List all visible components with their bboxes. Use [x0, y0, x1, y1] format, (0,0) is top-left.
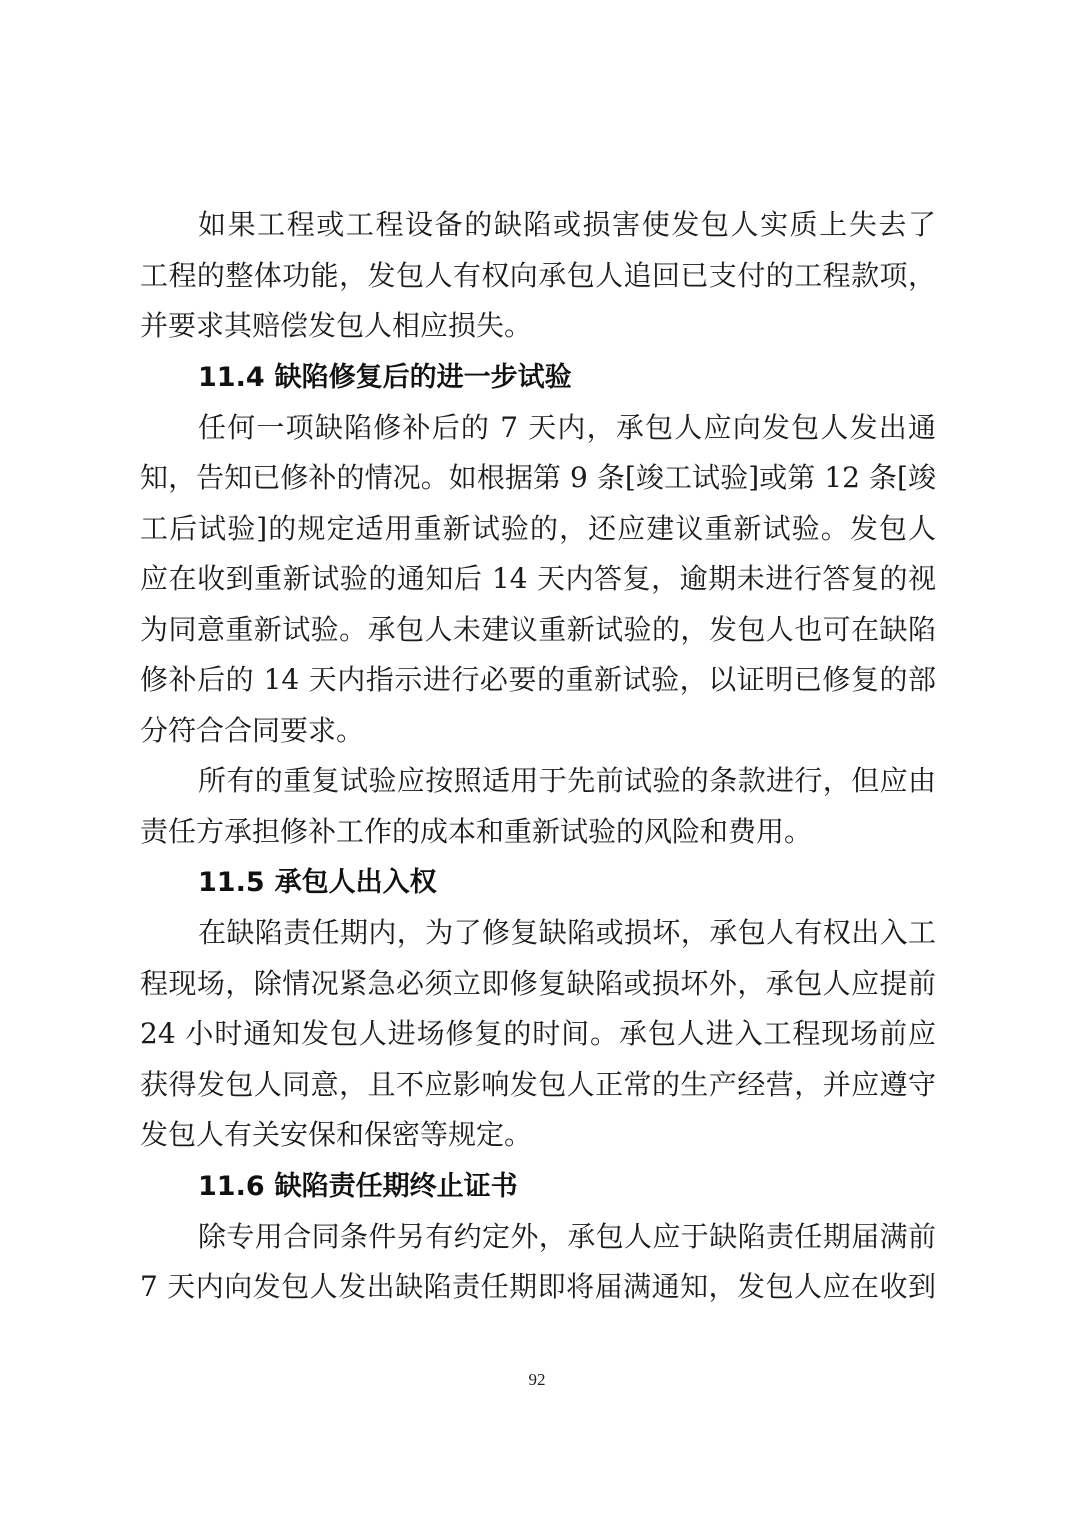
text-line: 工后试验]的规定适用重新试验的，还应建议重新试验。发包人 — [140, 504, 936, 555]
section-number: 11.5 — [198, 867, 265, 898]
text-line: 程现场，除情况紧急必须立即修复缺陷或损坏外，承包人应提前 — [140, 959, 936, 1010]
section-title: 缺陷修复后的进一步试验 — [275, 362, 572, 393]
section-number: 11.4 — [198, 362, 265, 393]
section-heading-11-5: 11.5承包人出入权 — [140, 857, 936, 908]
text-line: 责任方承担修补工作的成本和重新试验的风险和费用。 — [140, 807, 936, 858]
text-line: 任何一项缺陷修补后的 7 天内，承包人应向发包人发出通 — [140, 403, 936, 454]
text-line: 并要求其赔偿发包人相应损失。 — [140, 301, 936, 352]
text-line: 知，告知已修补的情况。如根据第 9 条[竣工试验]或第 12 条[竣 — [140, 453, 936, 504]
page-number: 92 — [0, 1370, 1074, 1390]
text-line: 工程的整体功能，发包人有权向承包人追回已支付的工程款项， — [140, 251, 936, 302]
text-line: 除专用合同条件另有约定外，承包人应于缺陷责任期届满前 — [140, 1212, 936, 1263]
section-heading-11-4: 11.4缺陷修复后的进一步试验 — [140, 352, 936, 403]
text-line: 分符合合同要求。 — [140, 706, 936, 757]
section-number: 11.6 — [198, 1171, 265, 1202]
text-line: 发包人有关安保和保密等规定。 — [140, 1110, 936, 1161]
text-line: 所有的重复试验应按照适用于先前试验的条款进行，但应由 — [140, 756, 936, 807]
paragraph-defect-period-certificate: 除专用合同条件另有约定外，承包人应于缺陷责任期届满前 7 天内向发包人发出缺陷责… — [140, 1212, 936, 1313]
text-line: 应在收到重新试验的通知后 14 天内答复，逾期未进行答复的视 — [140, 554, 936, 605]
paragraph-defect-loss-of-function: 如果工程或工程设备的缺陷或损害使发包人实质上失去了 工程的整体功能，发包人有权向… — [140, 200, 936, 352]
text-line: 修补后的 14 天内指示进行必要的重新试验，以证明已修复的部 — [140, 655, 936, 706]
text-line: 7 天内向发包人发出缺陷责任期即将届满通知，发包人应在收到 — [140, 1262, 936, 1313]
text-line: 24 小时通知发包人进场修复的时间。承包人进入工程现场前应 — [140, 1009, 936, 1060]
paragraph-site-access: 在缺陷责任期内，为了修复缺陷或损坏，承包人有权出入工 程现场，除情况紧急必须立即… — [140, 908, 936, 1161]
document-page: 如果工程或工程设备的缺陷或损害使发包人实质上失去了 工程的整体功能，发包人有权向… — [0, 0, 1074, 1520]
text-line: 如果工程或工程设备的缺陷或损害使发包人实质上失去了 — [140, 200, 936, 251]
text-line: 获得发包人同意，且不应影响发包人正常的生产经营，并应遵守 — [140, 1060, 936, 1111]
section-title: 缺陷责任期终止证书 — [275, 1171, 518, 1202]
section-heading-11-6: 11.6缺陷责任期终止证书 — [140, 1161, 936, 1212]
section-title: 承包人出入权 — [275, 867, 437, 898]
page-body: 如果工程或工程设备的缺陷或损害使发包人实质上失去了 工程的整体功能，发包人有权向… — [140, 200, 936, 1313]
text-line: 在缺陷责任期内，为了修复缺陷或损坏，承包人有权出入工 — [140, 908, 936, 959]
text-line: 为同意重新试验。承包人未建议重新试验的，发包人也可在缺陷 — [140, 605, 936, 656]
paragraph-retest-costs: 所有的重复试验应按照适用于先前试验的条款进行，但应由 责任方承担修补工作的成本和… — [140, 756, 936, 857]
paragraph-retest-notice: 任何一项缺陷修补后的 7 天内，承包人应向发包人发出通 知，告知已修补的情况。如… — [140, 403, 936, 757]
